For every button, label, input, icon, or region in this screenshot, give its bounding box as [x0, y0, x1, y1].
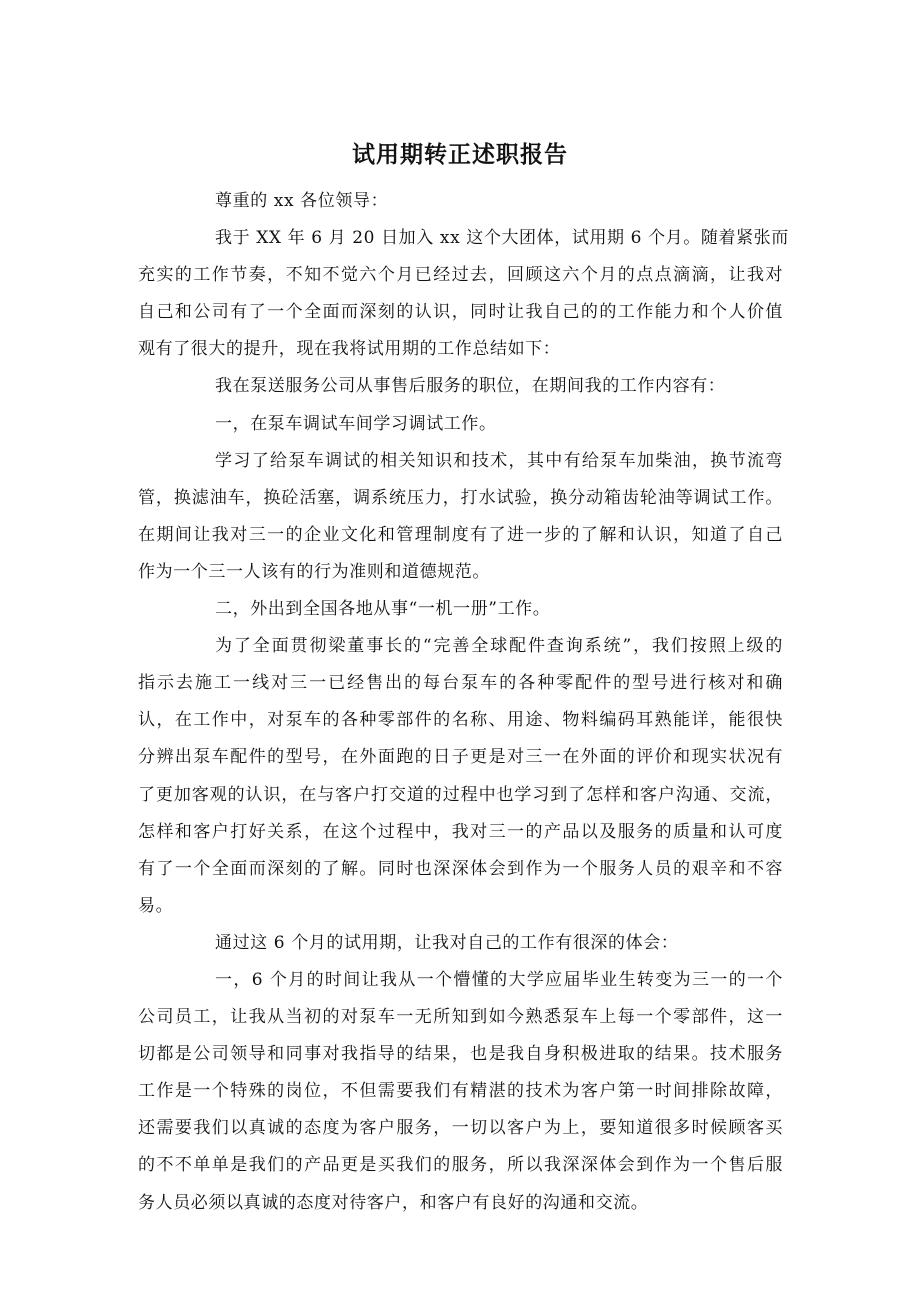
paragraph-line: 有了一个全面而深刻的了解。同时也深深体会到作为一个服务人员的艰辛和不容 [138, 854, 783, 891]
paragraph-first-line: 通过这 6 个月的试用期，让我对自己的工作有很深的体会： [138, 928, 798, 965]
paragraph-line: 还需要我们以真诚的态度为客户服务，一切以客户为上，要知道很多时候顾客买 [138, 1113, 783, 1150]
paragraph-line: 易。 [138, 891, 798, 928]
paragraph-first-line: 学习了给泵车调试的相关知识和技术，其中有给泵车加柴油，换节流弯 [138, 446, 783, 483]
paragraph-line: 的不不单单是我们的产品更是买我们的服务，所以我深深体会到作为一个售后服 [138, 1150, 783, 1187]
paragraph-line: 怎样和客户打好关系，在这个过程中，我对三一的产品以及服务的质量和认可度 [138, 817, 783, 854]
paragraph-line: 充实的工作节奏，不知不觉六个月已经过去，回顾这六个月的点点滴滴，让我对 [138, 260, 783, 297]
paragraph-line: 观有了很大的提升，现在我将试用期的工作总结如下： [138, 334, 798, 371]
paragraph-first-line: 我于 XX 年 6 月 20 日加入 xx 这个大团体，试用期 6 个月。随着紧… [138, 223, 783, 260]
paragraph-first-line: 二，外出到全国各地从事“一机一册”工作。 [138, 594, 798, 631]
paragraph-first-line: 我在泵送服务公司从事售后服务的职位，在期间我的工作内容有： [138, 371, 798, 408]
paragraph-line: 公司员工，让我从当初的对泵车一无所知到如今熟悉泵车上每一个零部件，这一 [138, 1002, 783, 1039]
paragraph-line: 了更加客观的认识，在与客户打交道的过程中也学习到了怎样和客户沟通、交流， [138, 780, 783, 817]
document-page: 试用期转正述职报告 尊重的 xx 各位领导：我于 XX 年 6 月 20 日加入… [0, 0, 920, 1302]
paragraph-line: 认，在工作中，对泵车的各种零部件的名称、用途、物料编码耳熟能详，能很快 [138, 705, 783, 742]
paragraph-line: 管，换滤油车，换砼活塞，调系统压力，打水试验，换分动箱齿轮油等调试工作。 [138, 483, 783, 520]
paragraph-line: 务人员必须以真诚的态度对待客户，和客户有良好的沟通和交流。 [138, 1188, 798, 1225]
document-title: 试用期转正述职报告 [0, 140, 920, 170]
paragraph-line: 分辨出泵车配件的型号，在外面跑的日子更是对三一在外面的评价和现实状况有 [138, 742, 783, 779]
paragraph-first-line: 一，6 个月的时间让我从一个懵懂的大学应届毕业生转变为三一的一个 [138, 965, 783, 1002]
document-body: 尊重的 xx 各位领导：我于 XX 年 6 月 20 日加入 xx 这个大团体，… [138, 186, 798, 1225]
paragraph-line: 指示去施工一线对三一已经售出的每台泵车的各种零配件的型号进行核对和确 [138, 668, 783, 705]
paragraph-line: 在期间让我对三一的企业文化和管理制度有了进一步的了解和认识，知道了自己 [138, 520, 783, 557]
paragraph-line: 工作是一个特殊的岗位，不但需要我们有精湛的技术为客户第一时间排除故障， [138, 1076, 783, 1113]
paragraph-first-line: 为了全面贯彻梁董事长的“完善全球配件查询系统”，我们按照上级的 [138, 631, 783, 668]
paragraph-line: 自己和公司有了一个全面而深刻的认识，同时让我自己的的工作能力和个人价值 [138, 297, 783, 334]
paragraph-first-line: 一，在泵车调试车间学习调试工作。 [138, 409, 798, 446]
paragraph-line: 切都是公司领导和同事对我指导的结果，也是我自身积极进取的结果。技术服务 [138, 1039, 783, 1076]
paragraph-first-line: 尊重的 xx 各位领导： [138, 186, 798, 223]
paragraph-line: 作为一个三一人该有的行为准则和道德规范。 [138, 557, 798, 594]
